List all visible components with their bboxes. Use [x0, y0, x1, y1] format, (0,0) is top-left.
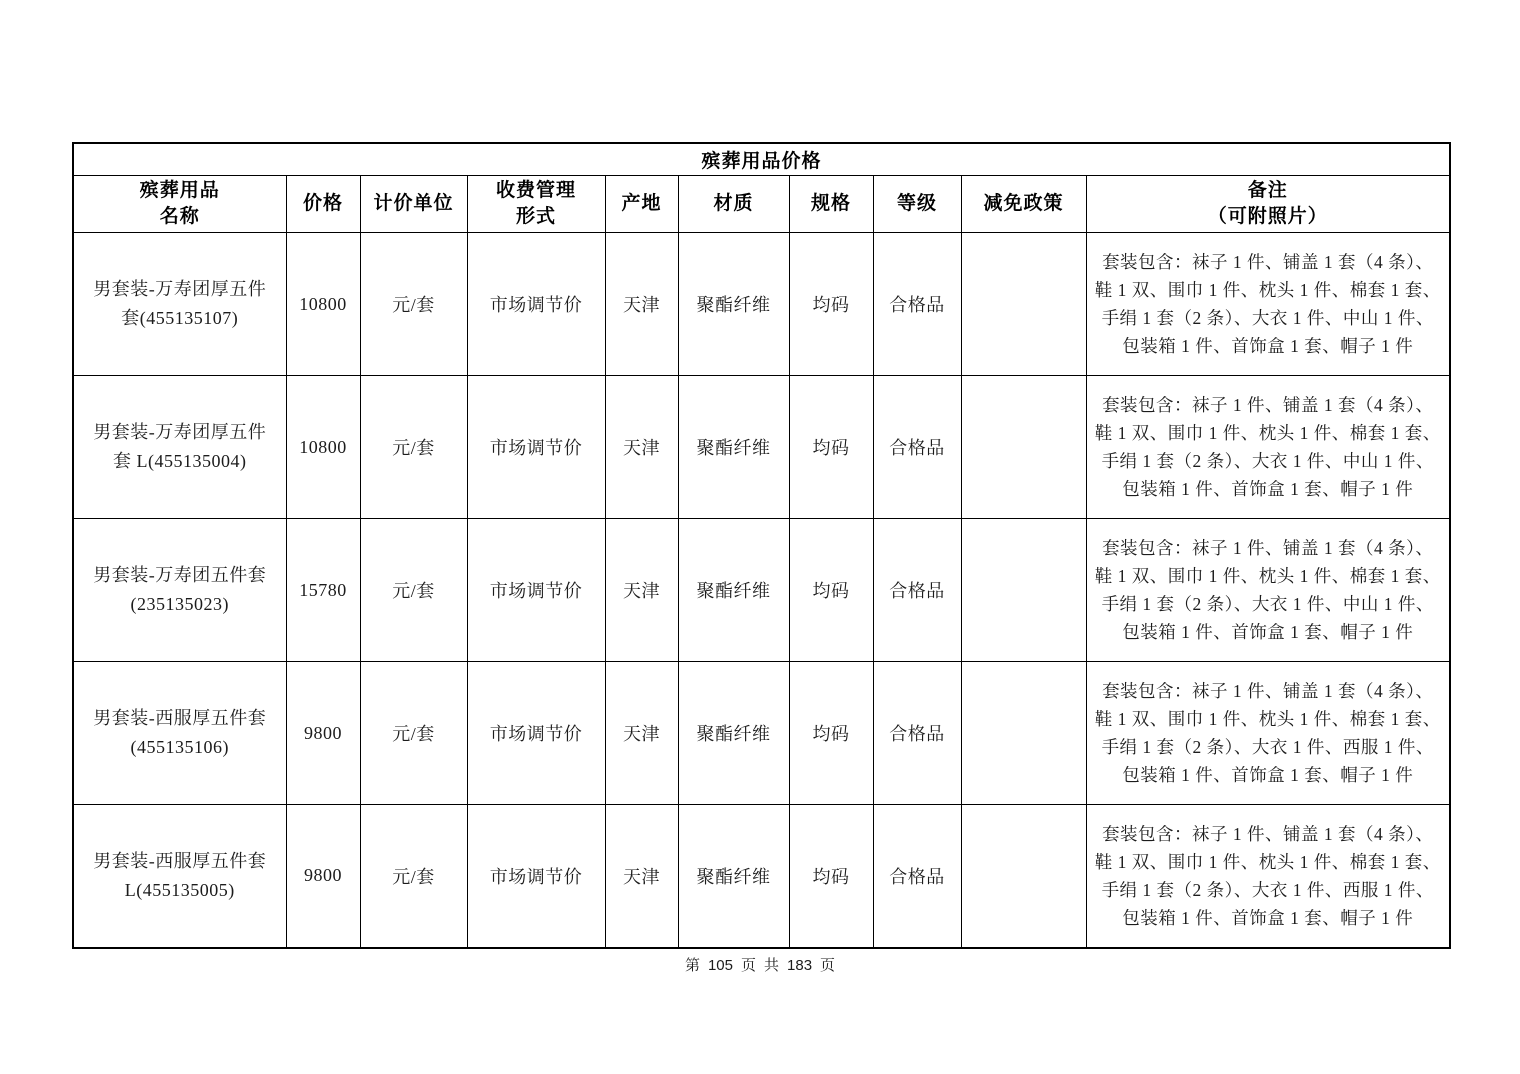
cell-grade: 合格品 [873, 662, 961, 805]
cell-material: 聚酯纤维 [678, 233, 789, 376]
cell-grade: 合格品 [873, 519, 961, 662]
cell-remark: 套装包含：袜子 1 件、铺盖 1 套（4 条）、鞋 1 双、围巾 1 件、枕头 … [1086, 662, 1450, 805]
cell-fee-management: 市场调节价 [467, 376, 605, 519]
cell-material: 聚酯纤维 [678, 376, 789, 519]
cell-unit: 元/套 [360, 662, 467, 805]
cell-remark: 套装包含：袜子 1 件、铺盖 1 套（4 条）、鞋 1 双、围巾 1 件、枕头 … [1086, 233, 1450, 376]
cell-material: 聚酯纤维 [678, 805, 789, 948]
page-number: 105 [708, 957, 733, 974]
header-grade: 等级 [873, 176, 961, 233]
cell-origin: 天津 [605, 805, 678, 948]
cell-policy [961, 805, 1086, 948]
cell-product-name: 男套装-万寿团厚五件套(455135107) [73, 233, 286, 376]
funeral-supplies-price-table: 殡葬用品价格 殡葬用品 名称 价格 计价单位 收费管理 形式 产地 材质 规格 … [72, 142, 1451, 949]
cell-grade: 合格品 [873, 805, 961, 948]
cell-material: 聚酯纤维 [678, 662, 789, 805]
cell-grade: 合格品 [873, 233, 961, 376]
cell-fee-management: 市场调节价 [467, 233, 605, 376]
table-row: 男套装-西服厚五件套(455135106) 9800 元/套 市场调节价 天津 … [73, 662, 1450, 805]
header-spec: 规格 [789, 176, 873, 233]
cell-fee-management: 市场调节价 [467, 662, 605, 805]
cell-spec: 均码 [789, 805, 873, 948]
cell-unit: 元/套 [360, 233, 467, 376]
cell-spec: 均码 [789, 519, 873, 662]
cell-price: 15780 [286, 519, 360, 662]
table-row: 男套装-万寿团五件套(235135023) 15780 元/套 市场调节价 天津… [73, 519, 1450, 662]
cell-fee-management: 市场调节价 [467, 805, 605, 948]
cell-policy [961, 662, 1086, 805]
header-fee-management: 收费管理 形式 [467, 176, 605, 233]
cell-product-name: 男套装-万寿团厚五件套 L(455135004) [73, 376, 286, 519]
header-unit: 计价单位 [360, 176, 467, 233]
header-origin: 产地 [605, 176, 678, 233]
table-row: 男套装-万寿团厚五件套 L(455135004) 10800 元/套 市场调节价… [73, 376, 1450, 519]
cell-product-name: 男套装-万寿团五件套(235135023) [73, 519, 286, 662]
cell-origin: 天津 [605, 233, 678, 376]
cell-policy [961, 233, 1086, 376]
total-pages: 183 [787, 957, 812, 974]
header-remark: 备注 （可附照片） [1086, 176, 1450, 233]
cell-spec: 均码 [789, 376, 873, 519]
cell-spec: 均码 [789, 662, 873, 805]
footer-prefix-label: 第 [685, 954, 700, 975]
table-row: 男套装-万寿团厚五件套(455135107) 10800 元/套 市场调节价 天… [73, 233, 1450, 376]
cell-grade: 合格品 [873, 376, 961, 519]
cell-remark: 套装包含：袜子 1 件、铺盖 1 套（4 条）、鞋 1 双、围巾 1 件、枕头 … [1086, 376, 1450, 519]
footer-of-label: 共 [764, 954, 779, 975]
table-title: 殡葬用品价格 [73, 143, 1450, 176]
cell-remark: 套装包含：袜子 1 件、铺盖 1 套（4 条）、鞋 1 双、围巾 1 件、枕头 … [1086, 805, 1450, 948]
cell-fee-management: 市场调节价 [467, 519, 605, 662]
cell-unit: 元/套 [360, 805, 467, 948]
cell-price: 9800 [286, 805, 360, 948]
cell-price: 10800 [286, 376, 360, 519]
cell-product-name: 男套装-西服厚五件套(455135106) [73, 662, 286, 805]
cell-unit: 元/套 [360, 519, 467, 662]
cell-origin: 天津 [605, 376, 678, 519]
header-product-name: 殡葬用品 名称 [73, 176, 286, 233]
table-header-row: 殡葬用品 名称 价格 计价单位 收费管理 形式 产地 材质 规格 等级 减免政策… [73, 176, 1450, 233]
footer-pages-label: 页 [741, 954, 756, 975]
cell-origin: 天津 [605, 519, 678, 662]
table-title-row: 殡葬用品价格 [73, 143, 1450, 176]
cell-material: 聚酯纤维 [678, 519, 789, 662]
cell-unit: 元/套 [360, 376, 467, 519]
cell-remark: 套装包含：袜子 1 件、铺盖 1 套（4 条）、鞋 1 双、围巾 1 件、枕头 … [1086, 519, 1450, 662]
page-footer: 第 105 页 共 183 页 [0, 954, 1520, 975]
cell-price: 10800 [286, 233, 360, 376]
cell-product-name: 男套装-西服厚五件套 L(455135005) [73, 805, 286, 948]
cell-price: 9800 [286, 662, 360, 805]
cell-policy [961, 519, 1086, 662]
footer-suffix-label: 页 [820, 954, 835, 975]
cell-spec: 均码 [789, 233, 873, 376]
header-price: 价格 [286, 176, 360, 233]
header-policy: 减免政策 [961, 176, 1086, 233]
cell-policy [961, 376, 1086, 519]
header-material: 材质 [678, 176, 789, 233]
table-row: 男套装-西服厚五件套 L(455135005) 9800 元/套 市场调节价 天… [73, 805, 1450, 948]
cell-origin: 天津 [605, 662, 678, 805]
document-page: 殡葬用品价格 殡葬用品 名称 价格 计价单位 收费管理 形式 产地 材质 规格 … [0, 0, 1520, 1074]
